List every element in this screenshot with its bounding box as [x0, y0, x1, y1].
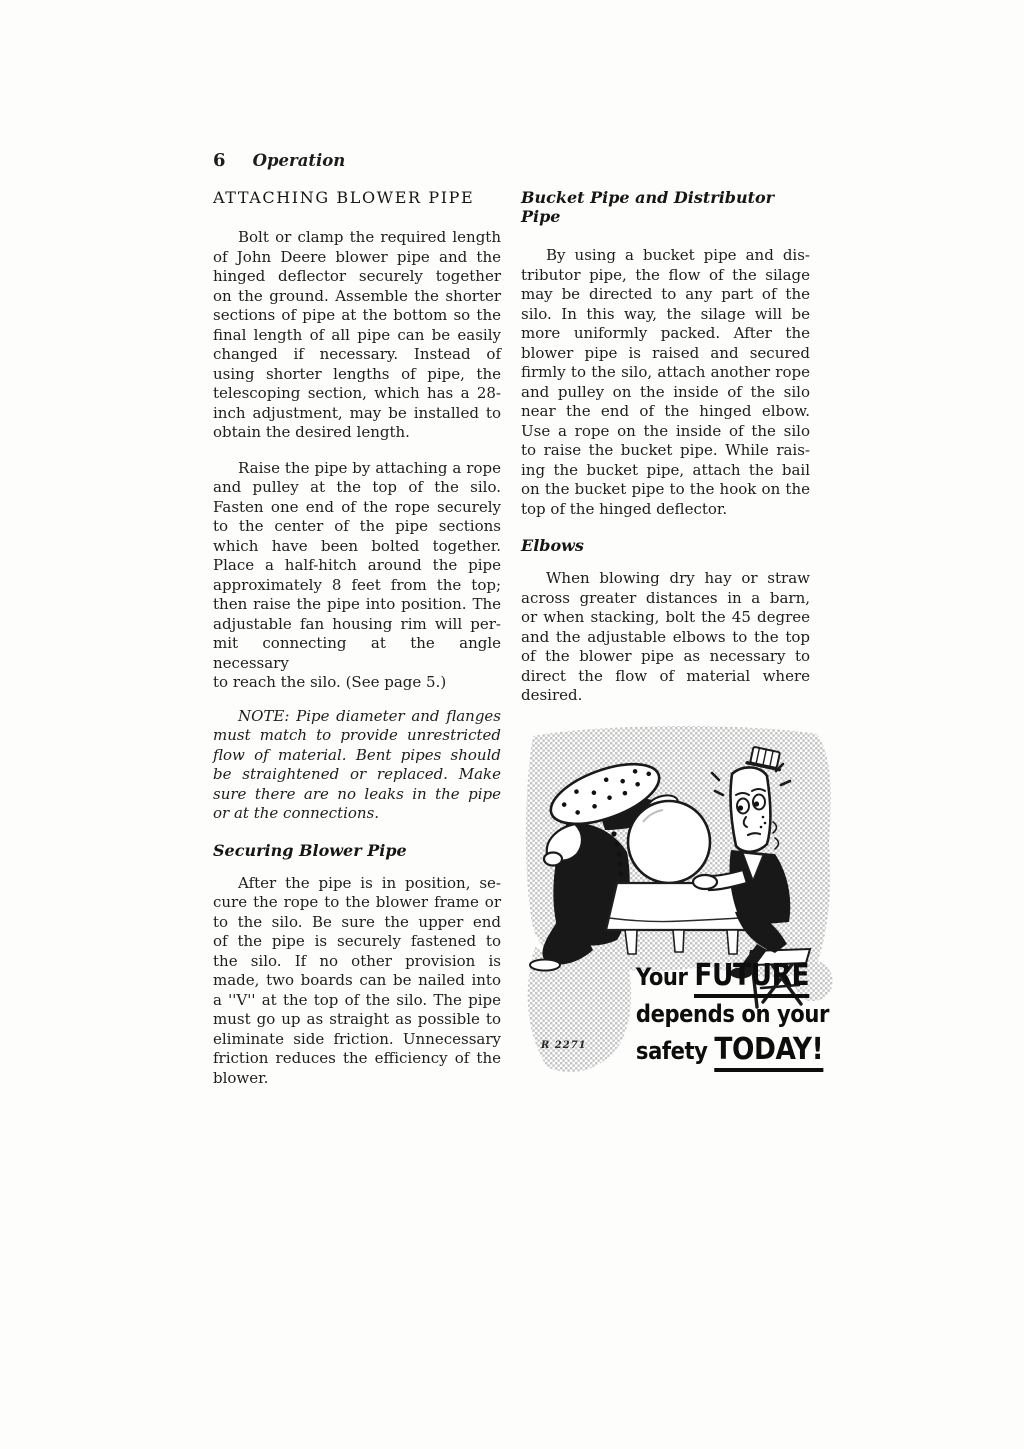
text-line: silo. In this way, the silage will be — [521, 305, 810, 325]
text-line: blower pipe is raised and secured — [521, 344, 810, 364]
text-line: then raise the pipe into position. The — [213, 595, 501, 615]
heading-attaching-blower-pipe: ATTACHING BLOWER PIPE — [213, 188, 501, 207]
text-line: direct the flow of material where — [521, 667, 810, 687]
text-line: desired. — [521, 686, 810, 706]
text-line: of John Deere blower pipe and the — [213, 248, 501, 268]
text-line: to raise the bucket pipe. While rais- — [521, 441, 810, 461]
text-line: of the blower pipe as necessary to — [521, 647, 810, 667]
text-line: By using a bucket pipe and dis- — [521, 246, 810, 266]
text-line: sections of pipe at the bottom so the — [213, 306, 501, 326]
note-paragraph: NOTE: Pipe diameter and flangesmust matc… — [213, 707, 501, 824]
caption-word-your: Your — [636, 963, 694, 991]
text-line: of the pipe is securely fastened to — [213, 932, 501, 952]
manual-page: 6 Operation ATTACHING BLOWER PIPE Bolt o… — [0, 0, 1024, 1449]
text-line: changed if necessary. Instead of — [213, 345, 501, 365]
text-line: or at the connections. — [213, 804, 501, 824]
caption-word-safety: safety — [636, 1037, 714, 1065]
paragraph-attaching-1: Bolt or clamp the required lengthof John… — [213, 228, 501, 443]
text-line: Use a rope on the inside of the silo — [521, 422, 810, 442]
text-line: Place a half-hitch around the pipe — [213, 556, 501, 576]
crystal-ball — [628, 801, 710, 883]
text-line: approximately 8 feet from the top; — [213, 576, 501, 596]
text-line: Fasten one end of the rope securely — [213, 498, 501, 518]
text-line: cure the rope to the blower frame or — [213, 893, 501, 913]
text-line: must match to provide unrestricted — [213, 726, 501, 746]
text-line: tributor pipe, the flow of the silage — [521, 266, 810, 286]
text-line: final length of all pipe can be easily — [213, 326, 501, 346]
text-line: more uniformly packed. After the — [521, 324, 810, 344]
caption-word-today: TODAY! — [714, 1032, 823, 1072]
text-line: friction reduces the efficiency of the — [213, 1049, 501, 1069]
text-line: may be directed to any part of the — [521, 285, 810, 305]
text-line: made, two boards can be nailed into — [213, 971, 501, 991]
text-line: flow of material. Bent pipes should — [213, 746, 501, 766]
text-line: and pulley at the top of the silo. — [213, 478, 501, 498]
section-title: Operation — [253, 151, 346, 170]
heading-elbows: Elbows — [521, 536, 810, 555]
caption-line-2: depends on your — [636, 997, 808, 1032]
text-line: and pulley on the inside of the silo — [521, 383, 810, 403]
text-line: Raise the pipe by attaching a rope — [213, 459, 501, 479]
text-line: NOTE: Pipe diameter and flanges — [213, 707, 501, 727]
text-line: on the bucket pipe to the hook on the — [521, 480, 810, 500]
right-column: Bucket Pipe and Distributor Pipe By usin… — [521, 188, 810, 1102]
page-number: 6 — [213, 150, 226, 171]
text-line: hinged deflector securely together — [213, 267, 501, 287]
text-line: obtain the desired length. — [213, 423, 501, 443]
text-line: on the ground. Assemble the shorter — [213, 287, 501, 307]
paragraph-elbows: When blowing dry hay or strawacross grea… — [521, 569, 810, 706]
caption-word-future: FUTURE — [694, 958, 809, 998]
text-line: When blowing dry hay or straw — [521, 569, 810, 589]
text-line: to the silo. Be sure the upper end — [213, 913, 501, 933]
text-line: which have been bolted together. — [213, 537, 501, 557]
text-line: to reach the silo. (See page 5.) — [213, 673, 501, 693]
text-line: telescoping section, which has a 28- — [213, 384, 501, 404]
text-line: adjustable fan housing rim will per- — [213, 615, 501, 635]
text-line: ing the bucket pipe, attach the bail — [521, 461, 810, 481]
text-line: be straightened or replaced. Make — [213, 765, 501, 785]
paragraph-attaching-2: Raise the pipe by attaching a ropeand pu… — [213, 459, 501, 693]
paragraph-securing: After the pipe is in position, se-cure t… — [213, 874, 501, 1089]
text-line: or when stacking, bolt the 45 degree — [521, 608, 810, 628]
text-line: near the end of the hinged elbow. — [521, 402, 810, 422]
running-header: 6 Operation — [213, 150, 613, 171]
paragraph-bucket-pipe: By using a bucket pipe and dis-tributor … — [521, 246, 810, 519]
left-column: ATTACHING BLOWER PIPE Bolt or clamp the … — [213, 188, 501, 1104]
text-line: inch adjustment, may be installed to — [213, 404, 501, 424]
text-line: sure there are no leaks in the pipe — [213, 785, 501, 805]
text-line: and the adjustable elbows to the top — [521, 628, 810, 648]
heading-securing-blower-pipe: Securing Blower Pipe — [213, 841, 501, 860]
heading-bucket-pipe: Bucket Pipe and Distributor Pipe — [521, 188, 810, 226]
text-line: a ''V'' at the top of the silo. The pipe — [213, 991, 501, 1011]
text-line: must go up as straight as possible to — [213, 1010, 501, 1030]
text-line: After the pipe is in position, se- — [213, 874, 501, 894]
safety-caption: Your FUTURE depends on your safety TODAY… — [636, 958, 808, 1071]
caption-line-3: safety TODAY! — [636, 1032, 808, 1071]
text-line: blower. — [213, 1069, 501, 1089]
text-line: to the center of the pipe sections — [213, 517, 501, 537]
text-line: Bolt or clamp the required length — [213, 228, 501, 248]
text-line: across greater distances in a barn, — [521, 589, 810, 609]
text-line: using shorter lengths of pipe, the — [213, 365, 501, 385]
safety-poster-figure: R 2271 Your FUTURE depends on your safet… — [505, 722, 835, 1102]
caption-line-1: Your FUTURE — [636, 958, 808, 997]
text-line: top of the hinged deflector. — [521, 500, 810, 520]
figure-reference: R 2271 — [541, 1040, 587, 1051]
text-line: firmly to the silo, attach another rope — [521, 363, 810, 383]
text-line: eliminate side friction. Unnecessary — [213, 1030, 501, 1050]
text-line: mit connecting at the angle necessary — [213, 634, 501, 673]
text-line: the silo. If no other provision is — [213, 952, 501, 972]
